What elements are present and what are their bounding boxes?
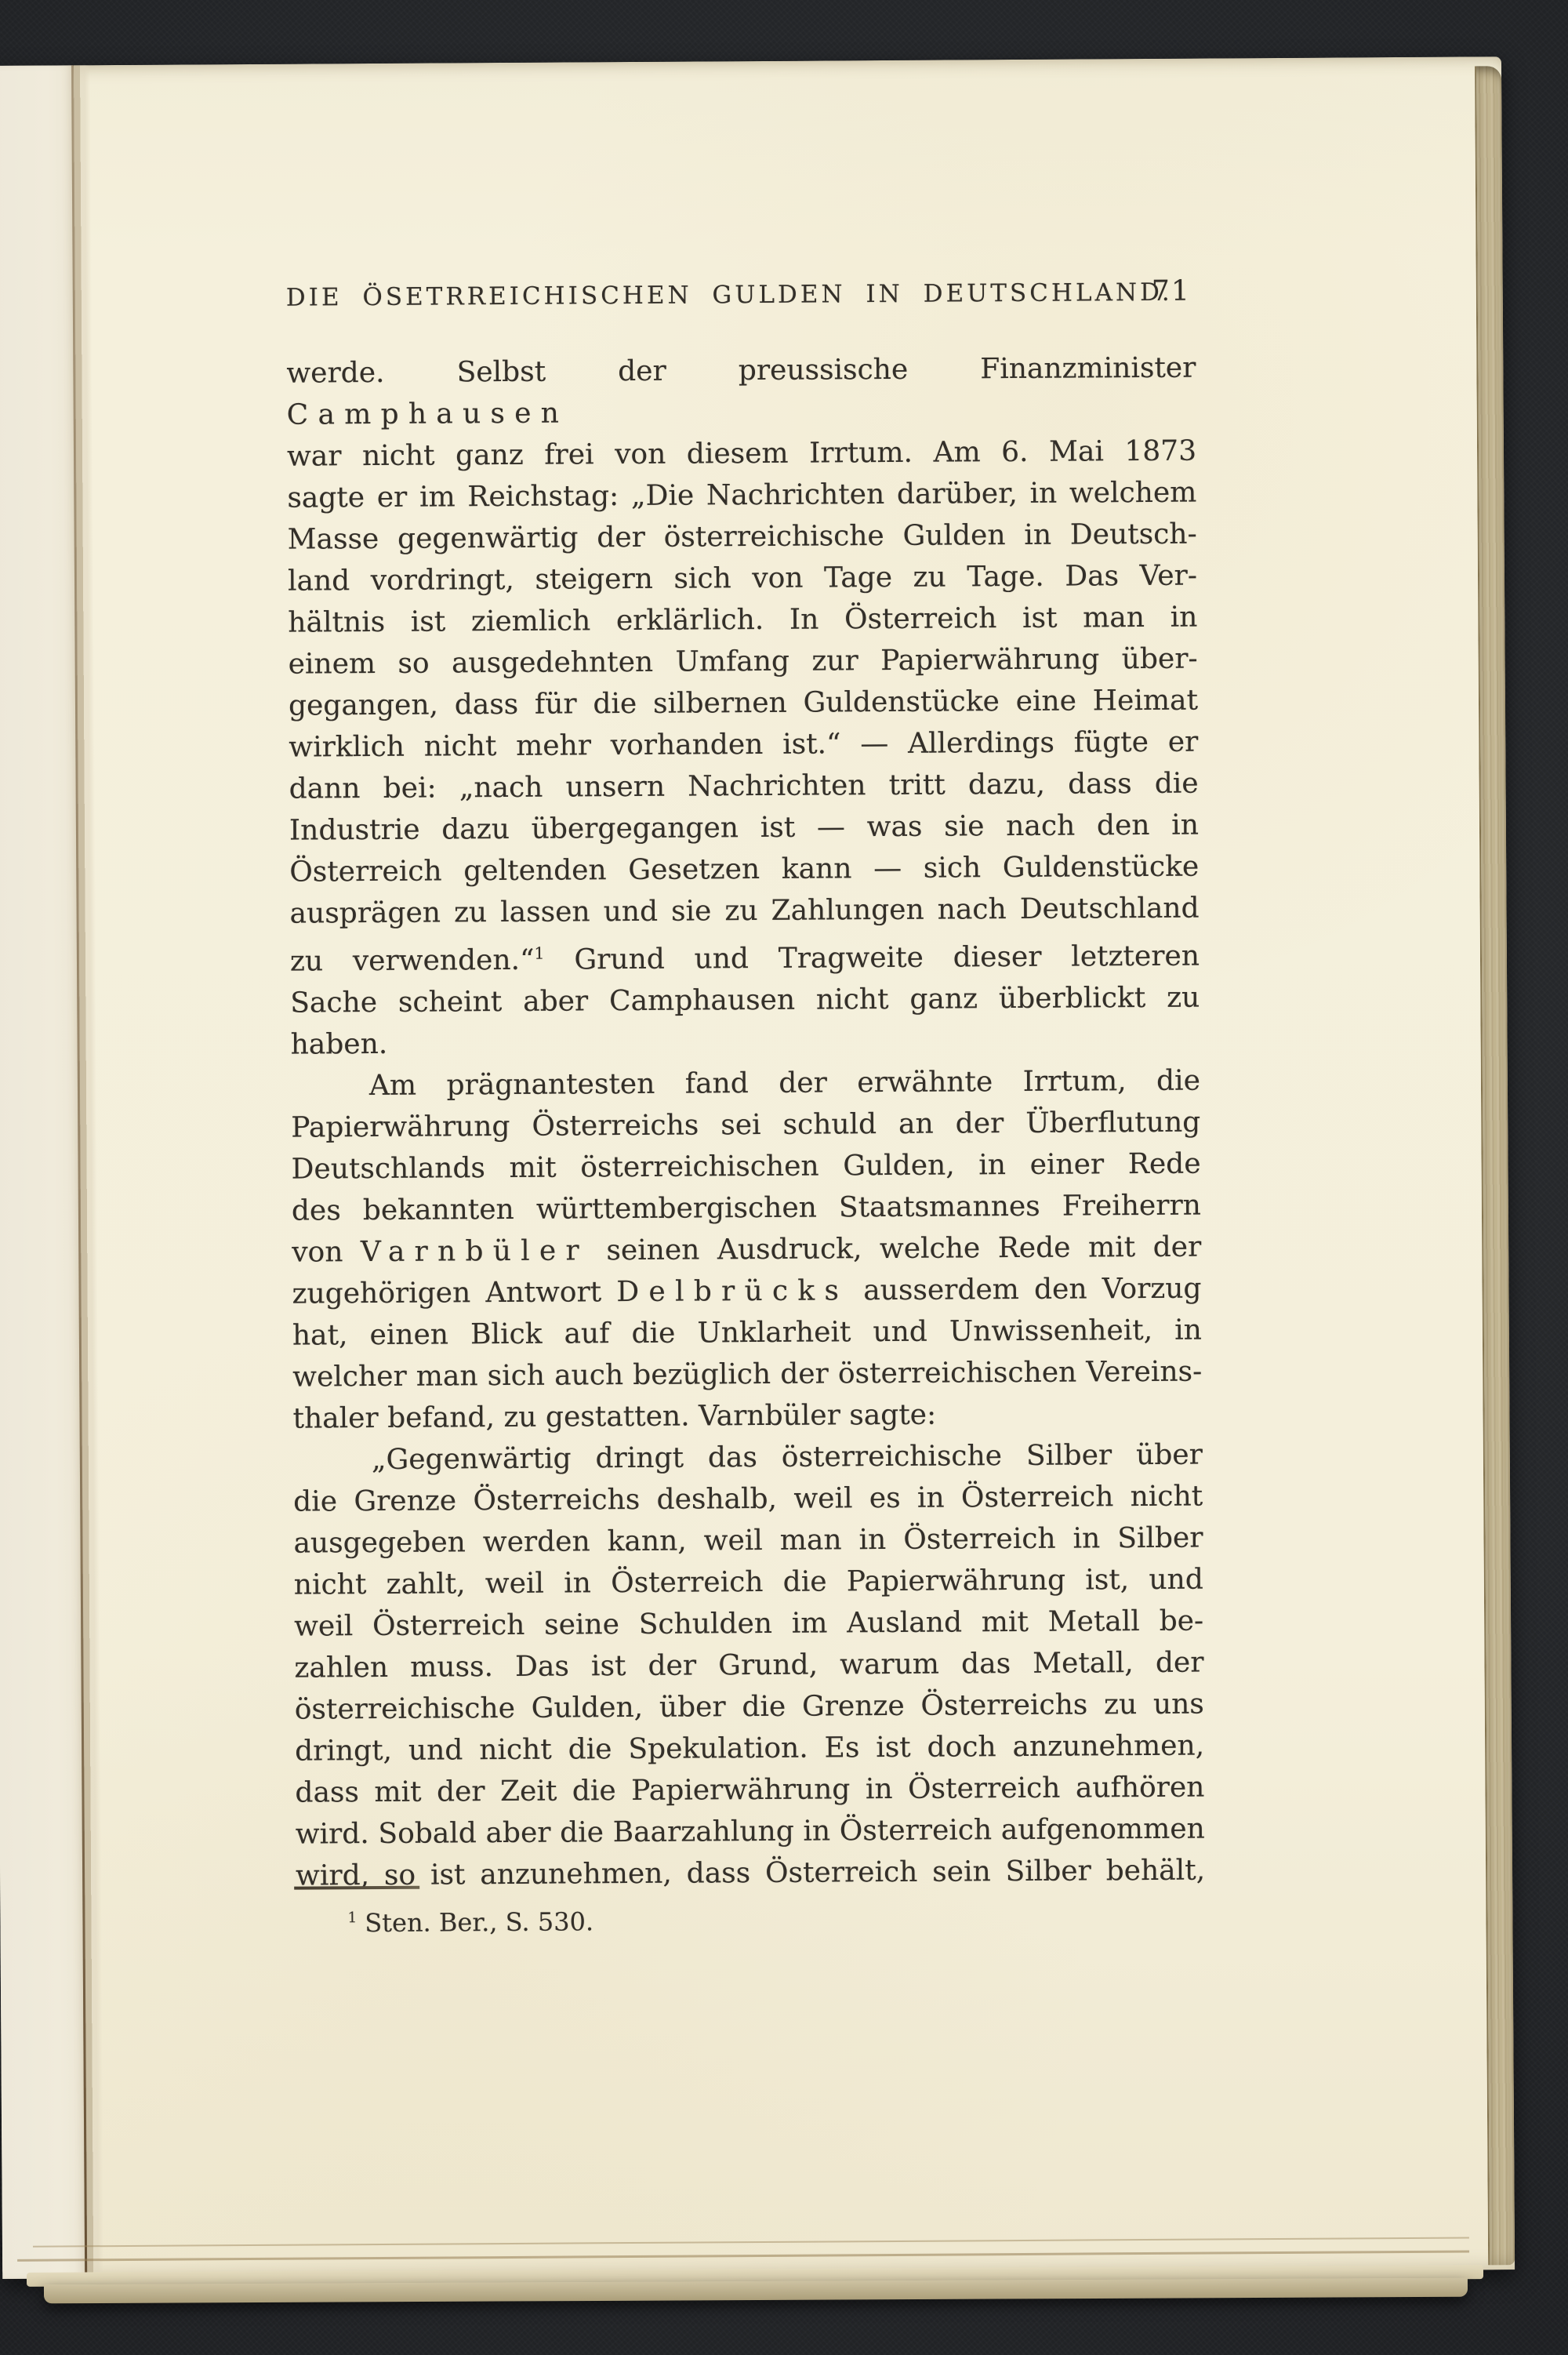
text-line: sagte er im Reichstag: „Die Nachrichten … [287,472,1196,519]
paragraph-3: „Gegenwärtig dringt das österreichische … [293,1434,1206,1897]
text-line: haben. [290,1019,1200,1066]
text-line: Papierwährung Österreichs sei schuld an … [291,1102,1200,1149]
text-line: land vordringt, steigern sich von Tage z… [288,555,1197,602]
text-line: zugehörigen Antwort Delbrücks ausserdem … [292,1268,1201,1315]
text-line: thaler befand, zu gestatten. Varnbüler s… [292,1393,1202,1440]
text-line: weil Österreich seine Schulden im Auslan… [294,1601,1203,1648]
text-line: Masse gegenwärtig der österreichische Gu… [288,514,1197,561]
text-line: nicht zahlt, weil in Österreich die Papi… [294,1559,1203,1606]
text-line: „Gegenwärtig dringt das österreichische … [293,1434,1203,1481]
running-head: DIE ÖSETRREICHISCHEN GULDEN IN DEUTSCHLA… [286,278,1196,318]
text-line: zu verwenden.“1 Grund und Tragweite dies… [290,929,1200,983]
footnote-text: Sten. Ber., S. 530. [365,1906,593,1938]
text-line: wird, so ist anzunehmen, dass Österreich… [296,1850,1205,1897]
text-line: Österreich geltenden Gesetzen kann — sic… [289,846,1199,893]
page-title: DIE ÖSETRREICHISCHEN GULDEN IN DEUTSCHLA… [286,278,1141,312]
text-line: wirklich nicht mehr vorhanden ist.“ — Al… [289,721,1198,769]
text-line: hältnis ist ziemlich erklärlich. In Öste… [288,597,1197,644]
text-line: war nicht ganz frei von diesem Irrtum. A… [287,431,1196,478]
text-line: hat, einen Blick auf die Unklarheit und … [292,1310,1202,1357]
body-text: werde. Selbst der preussische Finanzmini… [286,347,1205,1897]
text-line: die Grenze Österreichs deshalb, weil es … [293,1476,1203,1523]
text-line: werde. Selbst der preussische Finanzmini… [286,347,1196,436]
text-line: dringt, und nicht die Spekulation. Es is… [295,1725,1204,1772]
text-line: Industrie dazu übergegangen ist — was si… [289,805,1199,852]
text-line: dass mit der Zeit die Papierwährung in Ö… [295,1767,1204,1814]
footnote-marker: 1 [347,1910,357,1927]
text-line: Sache scheint aber Camphausen nicht ganz… [290,977,1200,1024]
paragraph-2: Am prägnantesten fand der erwähnte Irrtu… [291,1060,1203,1440]
book-page: DIE ÖSETRREICHISCHEN GULDEN IN DEUTSCHLA… [0,56,1515,2279]
text-line: wird. Sobald aber die Baarzahlung in Öst… [296,1808,1205,1855]
text-line: des bekannten württembergischen Staatsma… [292,1185,1201,1232]
footnote: 1Sten. Ber., S. 530. [347,1906,593,1938]
text-line: gegangen, dass für die silbernen Guldens… [289,680,1198,727]
text-line: zahlen muss. Das ist der Grund, warum da… [294,1642,1203,1689]
text-line: ausgegeben werden kann, weil man in Öste… [293,1517,1203,1565]
scan-background: { "colors":{ "background":"#232528", "pa… [0,0,1568,2355]
text-line: Deutschlands mit österreichischen Gulden… [291,1143,1200,1190]
page-number: 71 [1152,275,1191,307]
text-line: welcher man sich auch bezüglich der öste… [292,1351,1202,1398]
text-line: dann bei: „nach unsern Nachrichten tritt… [289,763,1198,810]
text-line: ausprägen zu lassen und sie zu Zahlungen… [289,888,1199,935]
underlying-page-edge-line [17,2251,1469,2262]
text-line: Am prägnantesten fand der erwähnte Irrtu… [291,1060,1200,1107]
paragraph-1: werde. Selbst der preussische Finanzmini… [286,347,1200,1066]
underlying-page-edge-line [33,2237,1470,2248]
text-line: österreichische Gulden, über die Grenze … [295,1684,1204,1731]
text-line: von Varnbüler seinen Ausdruck, welche Re… [292,1227,1201,1274]
text-line: einem so ausgedehnten Umfang zur Papierw… [289,638,1198,685]
